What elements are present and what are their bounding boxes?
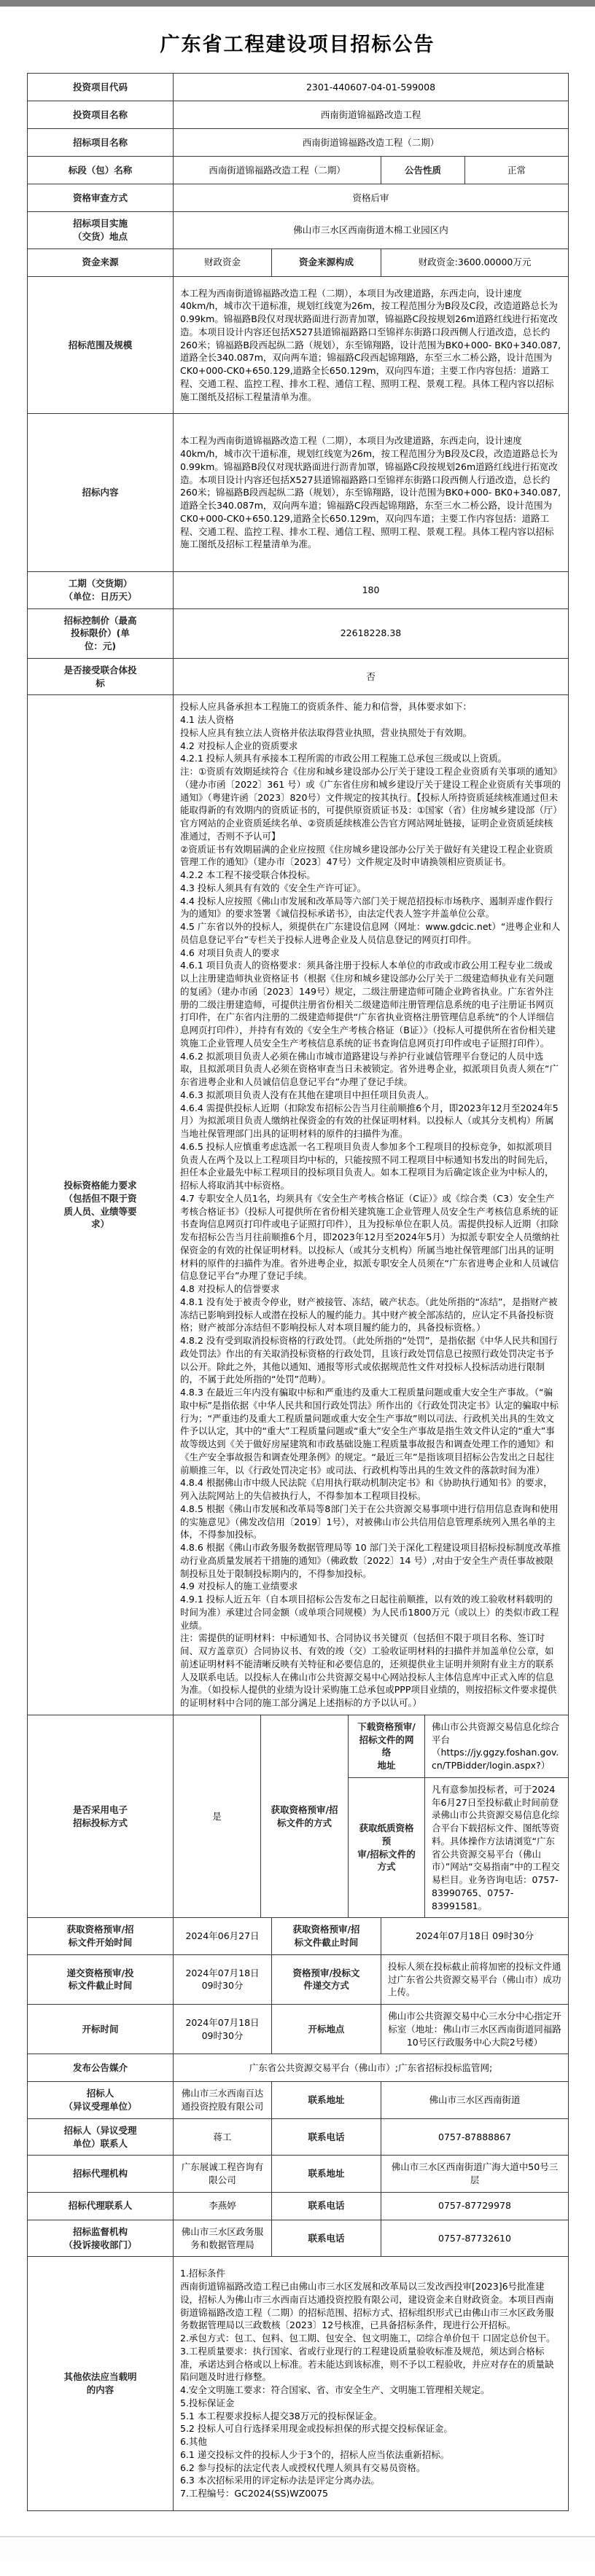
row-qualification-review: 资格审查方式 资格后审: [28, 184, 569, 212]
opening-time-value: 2024年07月18日 09时30分: [174, 2005, 272, 2054]
row-supervisor: 招标监督机构 （投诉接收部门） 佛山市三水区政务服务和数据管理局 联系电话 07…: [28, 2220, 569, 2258]
funding-composition-value: 财政资金:3600.00000万元: [381, 249, 569, 277]
row-electronic-bidding: 是否采用电子 招标投标方式 是 获取资格预审/招 标文件的方式 下载资格预审/ …: [28, 1715, 569, 1919]
consortium-value: 否: [174, 659, 569, 696]
doc-start-time-value: 2024年06月27日: [174, 1918, 272, 1955]
row-submit: 递交资格预审/投 标文件截止时间 2024年07月18日 09时30分 资格预审…: [28, 1955, 569, 2005]
location-value: 佛山市三水区西南街道木棉工业园区内: [174, 212, 569, 249]
page-title: 广东省工程建设项目招标公告: [0, 28, 595, 57]
submit-method-label: 资格预审/投标文 件递交方式: [272, 1955, 381, 2005]
row-location: 招标项目实施 （交货）地点 佛山市三水区西南街道木棉工业园区内: [28, 212, 569, 249]
content-label: 招标内容: [28, 414, 174, 572]
row-opening: 开标时间 2024年07月18日 09时30分 开标地点 佛山市公共资源交易中心…: [28, 2005, 569, 2054]
price-limit-value: 22618228.38: [174, 609, 569, 659]
row-content: 招标内容 本工程为西南街道锦福路改造工程（二期），本项目为改建道路，东西走向，设…: [28, 414, 569, 572]
supervisor-label: 招标监督机构 （投诉接收部门）: [28, 2220, 174, 2258]
funding-composition-label: 资金来源构成: [272, 249, 381, 277]
page-footer-band: [0, 2536, 595, 2561]
download-address-label: 下载资格预审/ 招标文件的网络 地址: [349, 1715, 425, 1778]
funding-value: 财政资金: [174, 249, 272, 277]
row-price-limit: 招标控制价（最高 投标限价）(单 位：元) 22618228.38: [28, 609, 569, 659]
tenderer-address-label: 联系地址: [272, 2082, 381, 2119]
row-funding: 资金来源 财政资金 资金来源构成 财政资金:3600.00000万元: [28, 249, 569, 277]
tender-name-label: 招标项目名称: [28, 129, 174, 157]
other-items-text: 1.招标条件 西南街道锦福路改造工程已由佛山市三水区发展和改革局以三发改西投审[…: [174, 2257, 569, 2511]
tenderer-contact-value: 蒋工: [174, 2119, 272, 2156]
agency-value: 广东展诚工程咨询有限公司: [174, 2156, 272, 2193]
media-label: 发布公告媒介: [28, 2054, 174, 2082]
duration-label: 工期（交货期） （单位：日历天）: [28, 572, 174, 609]
row-agency: 招标代理机构 广东展诚工程咨询有限公司 联系地址 佛山市三水区西南街道广海大道中…: [28, 2156, 569, 2193]
location-label: 招标项目实施 （交货）地点: [28, 212, 174, 249]
section-name-label: 标段（包）名称: [28, 157, 174, 184]
submit-method-value: 投标人须在投标截止前将加密的投标文件通过广东省公共资源交易平台（佛山市）成功上传…: [381, 1955, 569, 2005]
row-tender-name: 招标项目名称 西南街道锦福路改造工程（二期）: [28, 129, 569, 157]
tenderer-contact-label: 招标人（异议受理 单位）联系人: [28, 2119, 174, 2156]
row-tenderer: 招标人 （异议受理单位） 佛山市三水西南百达通投资控股有限公司 联系地址 佛山市…: [28, 2082, 569, 2119]
agency-phone-value: 0757-87729978: [381, 2193, 569, 2220]
funding-label: 资金来源: [28, 249, 174, 277]
notice-nature-value: 正常: [465, 157, 569, 184]
doc-obtain-method-label: 获取资格预审/招 标文件的方式: [261, 1715, 349, 1919]
price-limit-label: 招标控制价（最高 投标限价）(单 位：元): [28, 609, 174, 659]
bidder-qualification-text: 投标人应具备承担本工程施工的资质条件、能力和信誉，具体要求如下： 4.1 法人资…: [174, 695, 569, 1715]
submit-deadline-label: 递交资格预审/投 标文件截止时间: [28, 1955, 174, 2005]
opening-place-value: 佛山市公共资源交易中心三水分中心指定开标室（地址：佛山市三水区西南街道同福路10…: [381, 2005, 569, 2054]
qualification-review-value: 资格后审: [174, 184, 569, 212]
electronic-bidding-label: 是否采用电子 招标投标方式: [28, 1715, 174, 1919]
qualification-review-label: 资格审查方式: [28, 184, 174, 212]
window-top-strip: [0, 0, 595, 7]
row-bidder-qualification: 投标资格能力要求 （包括但不限于资 质人员、业绩等要 求） 投标人应具备承担本工…: [28, 695, 569, 1715]
doc-end-time-label: 获取资格预审/招 标文件截止时间: [272, 1918, 381, 1955]
row-media: 发布公告媒介 广东省公共资源交易平台（佛山市）;广东省招标投标监管网;: [28, 2054, 569, 2082]
investment-code-label: 投资项目代码: [28, 74, 174, 101]
scope-value: 本工程为西南街道锦福路改造工程（二期），本项目为改建道路，东西走向，设计速度40…: [174, 277, 569, 415]
consortium-label: 是否接受联合体投 标: [28, 659, 174, 696]
doc-end-time-value: 2024年07月18日 09时30分: [381, 1918, 569, 1955]
row-duration: 工期（交货期） （单位：日历天） 180: [28, 572, 569, 609]
doc-obtain-method-detail: 下载资格预审/ 招标文件的网络 地址 佛山市公共资源交易信息化综合平台 （htt…: [349, 1715, 569, 1919]
bidder-qualification-label: 投标资格能力要求 （包括但不限于资 质人员、业绩等要 求）: [28, 695, 174, 1715]
row-agency-contact: 招标代理联系人 李燕婷 联系电话 0757-87729978: [28, 2193, 569, 2220]
agency-contact-label: 招标代理联系人: [28, 2193, 174, 2220]
electronic-bidding-value: 是: [174, 1715, 261, 1919]
other-items-label: 其他依法应当载明 的内容: [28, 2257, 174, 2511]
tender-name-value: 西南街道锦福路改造工程（二期）: [174, 129, 569, 157]
row-section-name: 标段（包）名称 西南街道锦福路改造工程（二期） 公告性质 正常: [28, 157, 569, 184]
paper-doc-subrow: 获取纸质资格预 审/招标文件的 方式 凡有意参加投标者，可于2024年6月27日…: [349, 1778, 568, 1918]
investment-name-value: 西南街道锦福路改造工程: [174, 101, 569, 129]
agency-phone-label: 联系电话: [272, 2193, 381, 2220]
tender-announcement-page: 广东省工程建设项目招标公告 投资项目代码 2301-440607-04-01-5…: [0, 0, 595, 2561]
row-scope: 招标范围及规模 本工程为西南街道锦福路改造工程（二期），本项目为改建道路，东西走…: [28, 277, 569, 415]
row-tenderer-contact: 招标人（异议受理 单位）联系人 蒋工 联系电话 0757-87888867: [28, 2119, 569, 2156]
agency-contact-value: 李燕婷: [174, 2193, 272, 2220]
tenderer-label: 招标人 （异议受理单位）: [28, 2082, 174, 2119]
tenderer-phone-value: 0757-87888867: [381, 2119, 569, 2156]
agency-label: 招标代理机构: [28, 2156, 174, 2193]
investment-name-label: 投资项目名称: [28, 101, 174, 129]
download-address-subrow: 下载资格预审/ 招标文件的网络 地址 佛山市公共资源交易信息化综合平台 （htt…: [349, 1715, 568, 1778]
opening-time-label: 开标时间: [28, 2005, 174, 2054]
tender-table: 投资项目代码 2301-440607-04-01-599008 投资项目名称 西…: [27, 73, 569, 2511]
doc-start-time-label: 获取资格预审/招 标文件开始时间: [28, 1918, 174, 1955]
row-doc-time: 获取资格预审/招 标文件开始时间 2024年06月27日 获取资格预审/招 标文…: [28, 1918, 569, 1955]
row-investment-name: 投资项目名称 西南街道锦福路改造工程: [28, 101, 569, 129]
download-address-value: 佛山市公共资源交易信息化综合平台 （https://jy.ggzy.foshan…: [425, 1715, 568, 1778]
row-other-items: 其他依法应当载明 的内容 1.招标条件 西南街道锦福路改造工程已由佛山市三水区发…: [28, 2257, 569, 2511]
content-value: 本工程为西南街道锦福路改造工程（二期），本项目为改建道路，东西走向，设计速度40…: [174, 414, 569, 572]
agency-address-label: 联系地址: [272, 2156, 381, 2193]
scope-label: 招标范围及规模: [28, 277, 174, 415]
paper-doc-value: 凡有意参加投标者，可于2024年6月27日至投标截止时间前登录佛山市公共资源交易…: [425, 1778, 568, 1918]
tenderer-value: 佛山市三水西南百达通投资控股有限公司: [174, 2082, 272, 2119]
supervisor-value: 佛山市三水区政务服务和数据管理局: [174, 2220, 272, 2258]
tenderer-address-value: 佛山市三水区西南街道: [381, 2082, 569, 2119]
tenderer-phone-label: 联系电话: [272, 2119, 381, 2156]
section-name-value: 西南街道锦福路改造工程（二期）: [174, 157, 381, 184]
paper-doc-label: 获取纸质资格预 审/招标文件的 方式: [349, 1778, 425, 1918]
row-investment-code: 投资项目代码 2301-440607-04-01-599008: [28, 74, 569, 101]
submit-deadline-value: 2024年07月18日 09时30分: [174, 1955, 272, 2005]
supervisor-phone-label: 联系电话: [272, 2220, 381, 2258]
opening-place-label: 开标地点: [272, 2005, 381, 2054]
media-value: 广东省公共资源交易平台（佛山市）;广东省招标投标监管网;: [174, 2054, 569, 2082]
agency-address-value: 佛山市三水区西南街道广海大道中50号三层: [381, 2156, 569, 2193]
row-consortium: 是否接受联合体投 标 否: [28, 659, 569, 696]
notice-nature-label: 公告性质: [381, 157, 465, 184]
supervisor-phone-value: 0757-87732610: [381, 2220, 569, 2258]
investment-code-value: 2301-440607-04-01-599008: [174, 74, 569, 101]
duration-value: 180: [174, 572, 569, 609]
